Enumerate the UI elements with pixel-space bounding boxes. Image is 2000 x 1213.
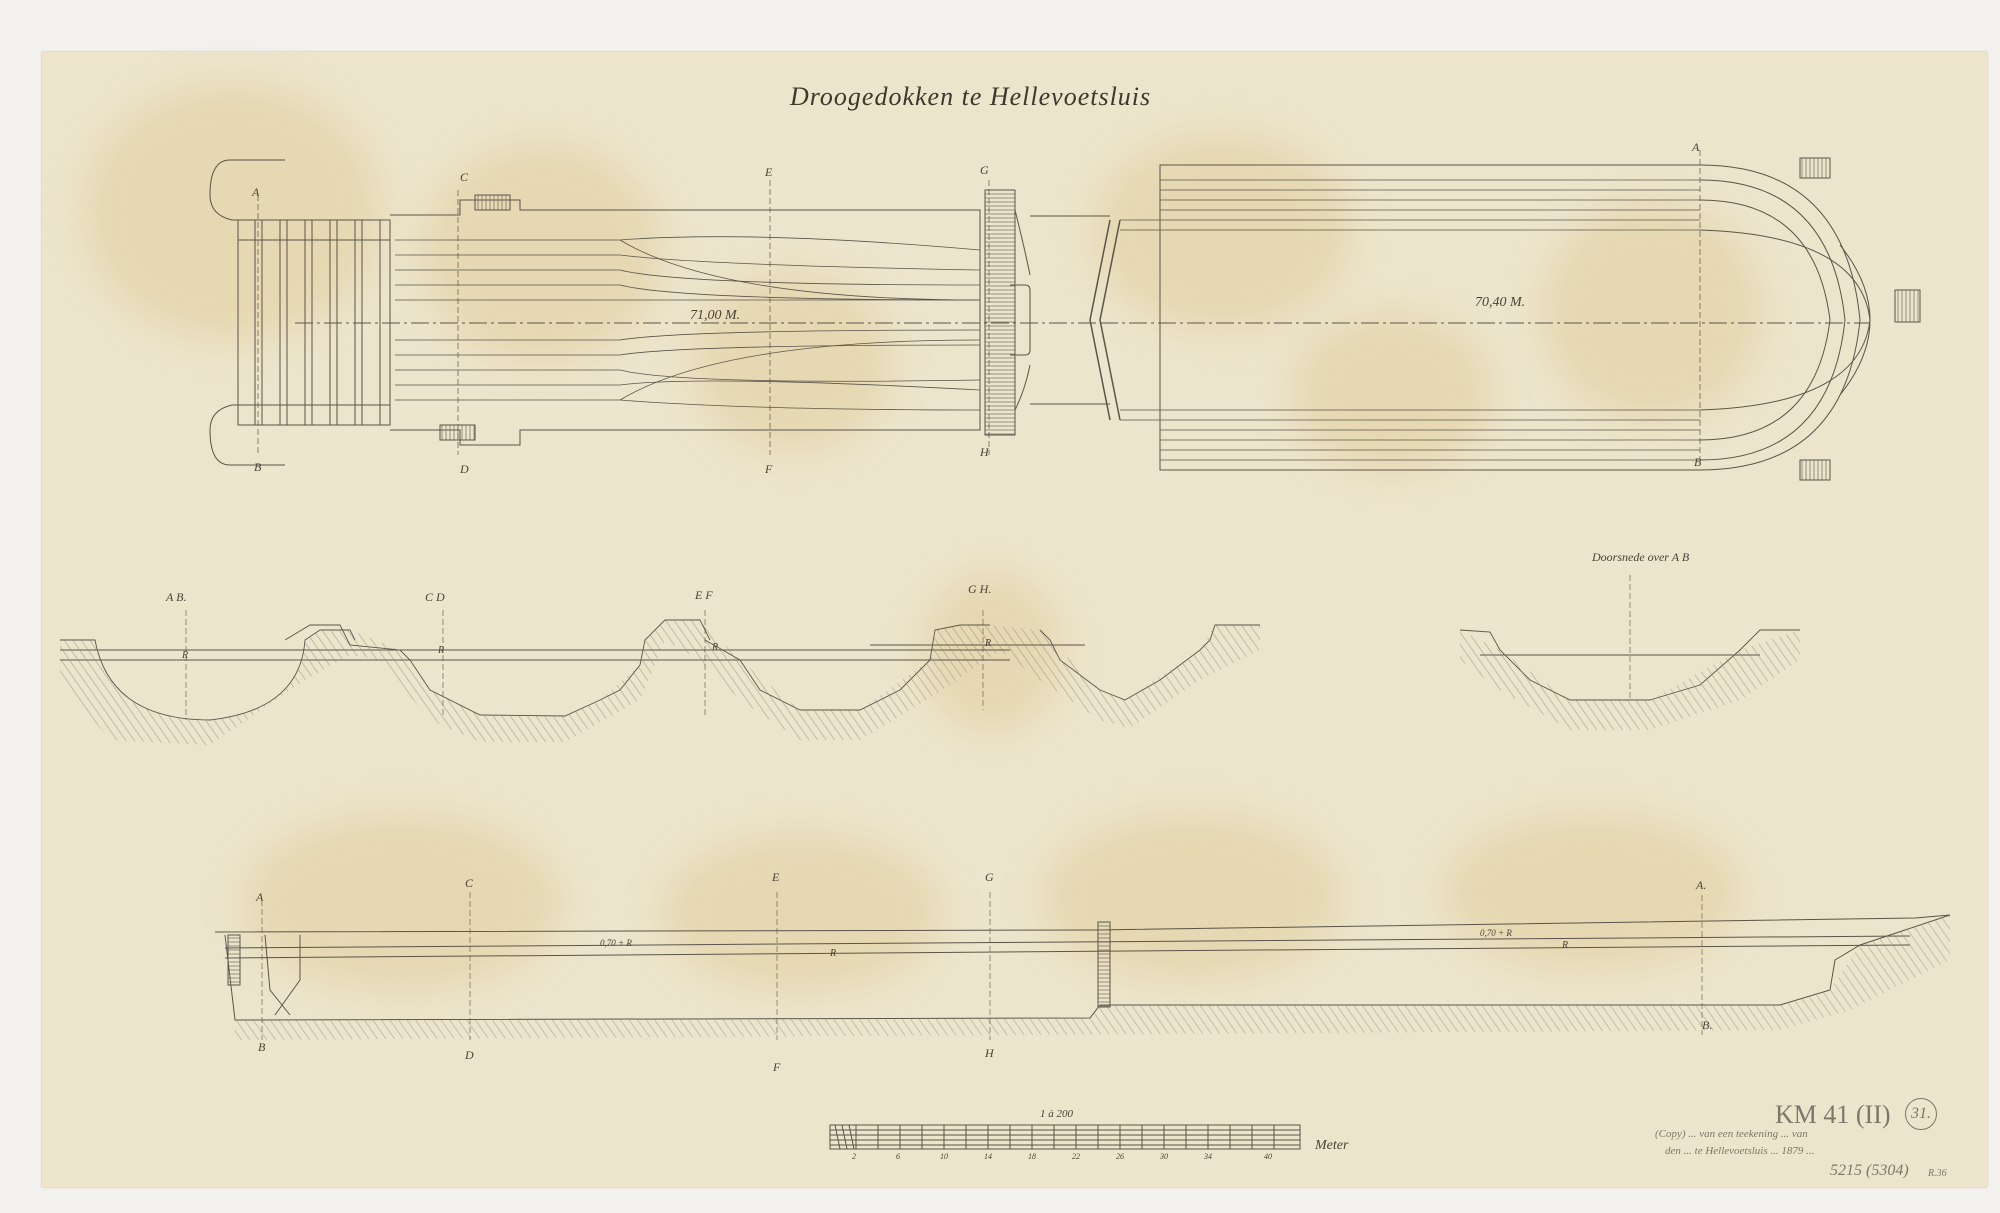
marker-g: G <box>980 163 989 178</box>
water-mark-r: R <box>830 948 836 959</box>
long-marker-e: E <box>772 870 779 885</box>
archive-note-line1: (Copy) ... van een teekening ... van <box>1655 1128 1808 1140</box>
water-mark-r: R <box>712 642 718 653</box>
marker-a-right: A <box>1692 140 1699 155</box>
section-label-cd: C D <box>425 590 445 605</box>
section-title-ab: Doorsnede over A B <box>1592 550 1689 565</box>
marker-h: H <box>980 445 989 460</box>
left-dock-length: 71,00 M. <box>690 308 740 324</box>
long-marker-b: B <box>258 1040 265 1055</box>
long-marker-h: H <box>985 1046 994 1061</box>
marker-e: E <box>765 165 772 180</box>
water-mark-r: R <box>1562 940 1568 951</box>
scale-tick-labels: 2 6 10 14 18 22 26 30 34 40 <box>852 1152 1292 1164</box>
section-label-ab: A B. <box>166 590 186 605</box>
technical-drawing <box>0 0 2000 1213</box>
marker-c: C <box>460 170 468 185</box>
scale-ratio: 1 à 200 <box>1040 1108 1073 1120</box>
marker-d: D <box>460 462 469 477</box>
marker-f: F <box>765 462 772 477</box>
annotation-right: 0,70 + R <box>1480 928 1512 938</box>
water-mark-r: R <box>182 650 188 661</box>
long-marker-g: G <box>985 870 994 885</box>
long-marker-a: A <box>256 890 263 905</box>
scale-unit: Meter <box>1315 1138 1348 1154</box>
water-mark-r: R <box>438 645 444 656</box>
right-dock-length: 70,40 M. <box>1475 295 1525 311</box>
section-label-ef: E F <box>695 588 713 603</box>
long-marker-b-right: B. <box>1702 1018 1712 1033</box>
sheet-number: 31. <box>1905 1098 1937 1130</box>
archive-note-line2: den ... te Hellevoetsluis ... 1879 ... <box>1665 1145 1814 1157</box>
long-marker-d: D <box>465 1048 474 1063</box>
long-marker-a-right: A. <box>1696 878 1706 893</box>
marker-b: B <box>254 460 261 475</box>
section-label-gh: G H. <box>968 582 991 597</box>
archive-reference: 5215 (5304) <box>1830 1162 1909 1180</box>
marker-a: A <box>252 185 259 200</box>
long-marker-f: F <box>773 1060 780 1075</box>
marker-b-right: B <box>1694 455 1701 470</box>
water-mark-r: R <box>985 638 991 649</box>
long-marker-c: C <box>465 876 473 891</box>
catalog-number: KM 41 (II) <box>1775 1100 1891 1130</box>
annotation-left: 0,70 + R <box>600 938 632 948</box>
archive-code: R.36 <box>1928 1168 1947 1179</box>
